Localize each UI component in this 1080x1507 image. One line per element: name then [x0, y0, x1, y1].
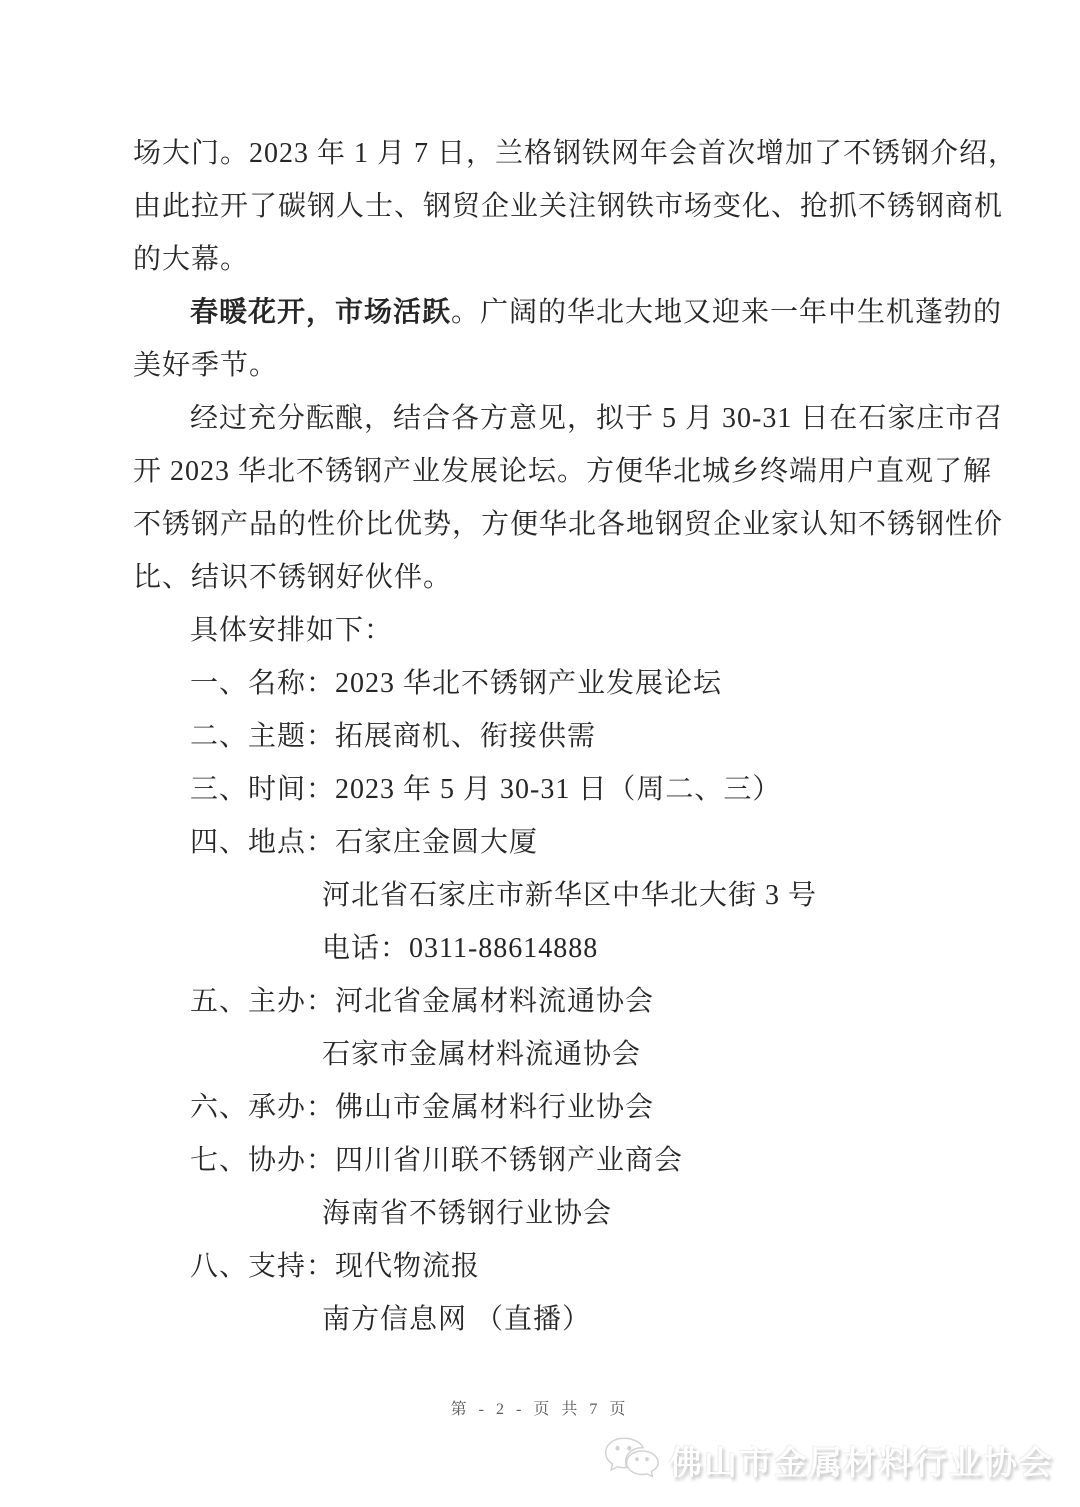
doc-line: 具体安排如下： [133, 604, 949, 657]
page-footer: 第 - 2 - 页 共 7 页 [0, 1396, 1080, 1419]
watermark-label: 佛山市金属材料行业协会 [669, 1437, 1054, 1484]
list-item-theme: 二、主题：拓展商机、衔接供需 [133, 710, 949, 763]
doc-line: 美好季节。 [133, 339, 949, 392]
list-item-name: 一、名称：2023 华北不锈钢产业发展论坛 [133, 657, 949, 710]
doc-line: 由此拉开了碳钢人士、钢贸企业关注钢铁市场变化、抢抓不锈钢商机 [133, 180, 949, 233]
wechat-icon [603, 1434, 661, 1486]
doc-line: 比、结识不锈钢好伙伴。 [133, 551, 949, 604]
bold-lead-text: 春暖花开，市场活跃 [190, 297, 451, 328]
list-item-phone: 电话：0311-88614888 [133, 922, 949, 975]
doc-line: 的大幕。 [133, 233, 949, 286]
doc-line: 不锈钢产品的性价比优势，方便华北各地钢贸企业家认知不锈钢性价 [133, 498, 949, 551]
list-item-coorganizer-2: 海南省不锈钢行业协会 [133, 1187, 949, 1240]
list-item-coorganizer: 七、协办：四川省川联不锈钢产业商会 [133, 1134, 949, 1187]
list-item-support-2: 南方信息网 （直播） [133, 1293, 949, 1346]
list-item-organizer: 六、承办：佛山市金属材料行业协会 [133, 1081, 949, 1134]
doc-line: 春暖花开，市场活跃。广阔的华北大地又迎来一年中生机蓬勃的 [133, 286, 949, 339]
list-item-time: 三、时间：2023 年 5 月 30-31 日（周二、三） [133, 763, 949, 816]
document-page: 场大门。2023 年 1 月 7 日，兰格钢铁网年会首次增加了不锈钢介绍， 由此… [0, 0, 1080, 1507]
list-item-location: 四、地点：石家庄金圆大厦 [133, 816, 949, 869]
list-item-support: 八、支持：现代物流报 [133, 1240, 949, 1293]
watermark: 佛山市金属材料行业协会 [603, 1434, 1054, 1486]
list-item-host-2: 石家市金属材料流通协会 [133, 1028, 949, 1081]
doc-line: 场大门。2023 年 1 月 7 日，兰格钢铁网年会首次增加了不锈钢介绍， [133, 127, 949, 180]
list-item-host: 五、主办：河北省金属材料流通协会 [133, 975, 949, 1028]
document-body: 场大门。2023 年 1 月 7 日，兰格钢铁网年会首次增加了不锈钢介绍， 由此… [133, 127, 949, 1346]
list-item-address: 河北省石家庄市新华区中华北大街 3 号 [133, 869, 949, 922]
page-number: 第 - 2 - 页 共 7 页 [451, 1401, 630, 1418]
doc-line: 开 2023 华北不锈钢产业发展论坛。方便华北城乡终端用户直观了解 [133, 445, 949, 498]
doc-line: 经过充分酝酿，结合各方意见，拟于 5 月 30-31 日在石家庄市召 [133, 392, 949, 445]
doc-line-rest: 。广阔的华北大地又迎来一年中生机蓬勃的 [451, 297, 1002, 328]
